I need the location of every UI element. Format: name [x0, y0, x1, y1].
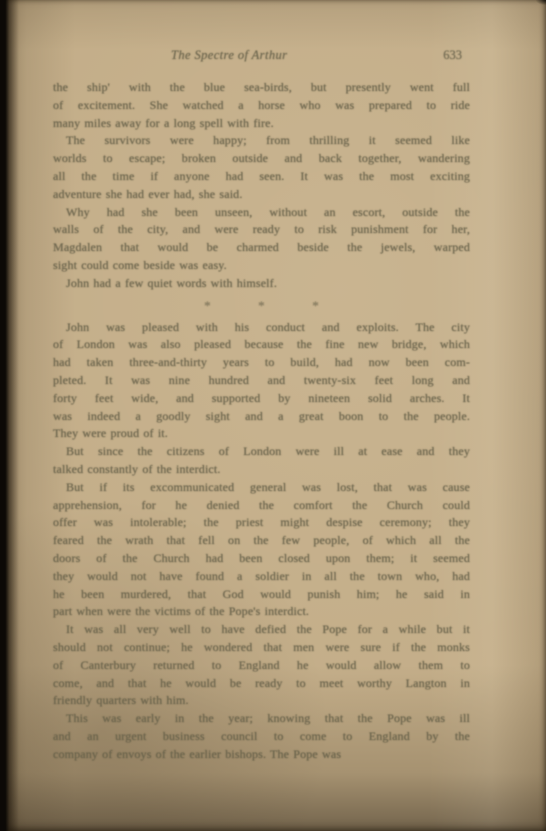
text-line: adventure she had ever had, she said.: [53, 186, 470, 204]
book-scan: The Spectre of Arthur 633 the ship' with…: [0, 0, 546, 831]
text-line: walls of the city, and were ready to ris…: [53, 221, 470, 239]
text-line: feared the wrath that fell on the few pe…: [53, 532, 470, 550]
text-line: company of envoys of the earlier bishops…: [53, 746, 470, 764]
text-line: friendly quarters with him.: [53, 692, 470, 710]
text-line: they would not have found a soldier in a…: [53, 568, 470, 586]
text-line: It was all very well to have defied the …: [53, 621, 470, 639]
text-line: doors of the Church had been closed upon…: [53, 550, 470, 568]
text-line: should not continue; he wondered that me…: [53, 639, 470, 657]
chapter-title: The Spectre of Arthur: [171, 48, 443, 63]
text-line: had taken three-and-thirty years to buil…: [53, 354, 470, 372]
page-body: the ship' with the blue sea-birds, but p…: [53, 79, 470, 763]
text-line: But since the citizens of London were il…: [53, 443, 470, 461]
text-line: come, and that he would be ready to meet…: [53, 675, 470, 693]
text-line: the ship' with the blue sea-birds, but p…: [53, 79, 470, 97]
text-line: talked constantly of the interdict.: [53, 461, 470, 479]
text-line: many miles away for a long spell with fi…: [53, 115, 470, 133]
text-line: offer was intolerable; the priest might …: [53, 514, 470, 532]
text-line: John had a few quiet words with himself.: [53, 275, 470, 293]
text-line: They were proud of it.: [53, 425, 470, 443]
section-break: * * *: [53, 293, 470, 319]
text-line: The survivors were happy; from thrilling…: [53, 132, 470, 150]
text-line: forty feet wide, and supported by ninete…: [53, 390, 470, 408]
text-line: Why had she been unseen, without an esco…: [53, 204, 470, 222]
text-line: sight could come beside was easy.: [53, 257, 470, 275]
text-line: apprehension, for he denied the comfort …: [53, 497, 470, 515]
text-line: he been murdered, that God would punish …: [53, 586, 470, 604]
text-line: was indeed a goodly sight and a great bo…: [53, 408, 470, 426]
text-line: Magdalen that would be charmed beside th…: [53, 239, 470, 257]
corner-notch: [532, 0, 546, 7]
text-line: worlds to escape; broken outside and bac…: [53, 150, 470, 168]
text-line: This was early in the year; knowing that…: [53, 710, 470, 728]
running-header: The Spectre of Arthur 633: [53, 48, 470, 68]
text-line: and an urgent business council to come t…: [53, 728, 470, 746]
text-line: John was pleased with his conduct and ex…: [53, 319, 470, 337]
text-line: of London was also pleased because the f…: [53, 336, 470, 354]
text-line: of Canterbury returned to England he wou…: [53, 657, 470, 675]
book-page: The Spectre of Arthur 633 the ship' with…: [5, 0, 546, 831]
page-number: 633: [443, 48, 462, 63]
text-line: part when were the victims of the Pope's…: [53, 603, 470, 621]
text-line: But if its excommunicated general was lo…: [53, 479, 470, 497]
text-line: all the time if anyone had seen. It was …: [53, 168, 470, 186]
text-line: of excitement. She watched a horse who w…: [53, 97, 470, 115]
text-line: pleted. It was nine hundred and twenty-s…: [53, 372, 470, 390]
page-content: The Spectre of Arthur 633 the ship' with…: [53, 48, 470, 763]
spine-shadow: [5, 0, 19, 831]
